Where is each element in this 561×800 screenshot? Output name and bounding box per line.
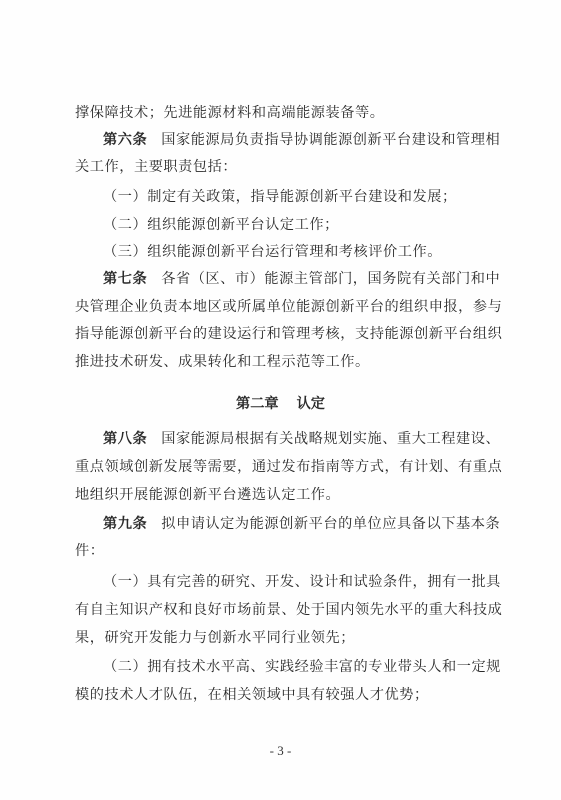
list-item: （二）组织能源创新平台认定工作； <box>103 216 523 234</box>
article-label: 第九条 <box>103 516 147 532</box>
article-nine-line: 第九条拟申请认定为能源创新平台的单位应具备以下基本条 <box>103 515 523 533</box>
article-eight-line: 第八条国家能源局根据有关战略规划实施、重大工程建设、 <box>103 430 523 448</box>
paragraph-line: 推进技术研发、成果转化和工程示范等工作。 <box>75 353 495 371</box>
list-item: （二）拥有技术水平高、实践经验丰富的专业带头人和一定规 <box>103 658 523 676</box>
paragraph-line: 地组织开展能源创新平台遴选认定工作。 <box>75 486 495 504</box>
article-seven-line: 第七条各省（区、市）能源主管部门，国务院有关部门和中 <box>103 270 523 288</box>
paragraph-line: 重点领域创新发展等需要，通过发布指南等方式，有计划、有重点 <box>75 458 495 476</box>
list-item: （一）具有完善的研究、开发、设计和试验条件，拥有一批具 <box>103 573 523 591</box>
paragraph-line: 有自主知识产权和良好市场前景、处于国内领先水平的重大科技成 <box>75 601 495 619</box>
list-item: （一）制定有关政策，指导能源创新平台建设和发展； <box>103 188 523 206</box>
article-label: 第八条 <box>103 431 147 447</box>
article-label: 第六条 <box>103 132 147 148</box>
paragraph-line: 央管理企业负责本地区或所属单位能源创新平台的组织申报，参与 <box>75 298 495 316</box>
page-number: - 3 - <box>0 743 561 759</box>
paragraph-line: 指导能源创新平台的建设运行和管理考核，支持能源创新平台组织 <box>75 325 495 343</box>
chapter-number: 第二章 <box>236 396 279 412</box>
list-item: （三）组织能源创新平台运行管理和考核评价工作。 <box>103 243 523 261</box>
article-six-line: 第六条国家能源局负责指导协调能源创新平台建设和管理相 <box>103 131 523 149</box>
chapter-title: 认定 <box>297 396 325 412</box>
paragraph-line: 件： <box>75 542 495 560</box>
chapter-heading: 第二章认定 <box>0 395 561 413</box>
paragraph-line: 撑保障技术；先进能源材料和高端能源装备等。 <box>75 104 495 122</box>
paragraph-line: 关工作，主要职责包括： <box>75 158 495 176</box>
document-page: 撑保障技术；先进能源材料和高端能源装备等。 第六条国家能源局负责指导协调能源创新… <box>0 0 561 800</box>
paragraph-line: 模的技术人才队伍，在相关领域中具有较强人才优势； <box>75 686 495 704</box>
paragraph-line: 果，研究开发能力与创新水平同行业领先； <box>75 629 495 647</box>
article-label: 第七条 <box>103 271 147 287</box>
